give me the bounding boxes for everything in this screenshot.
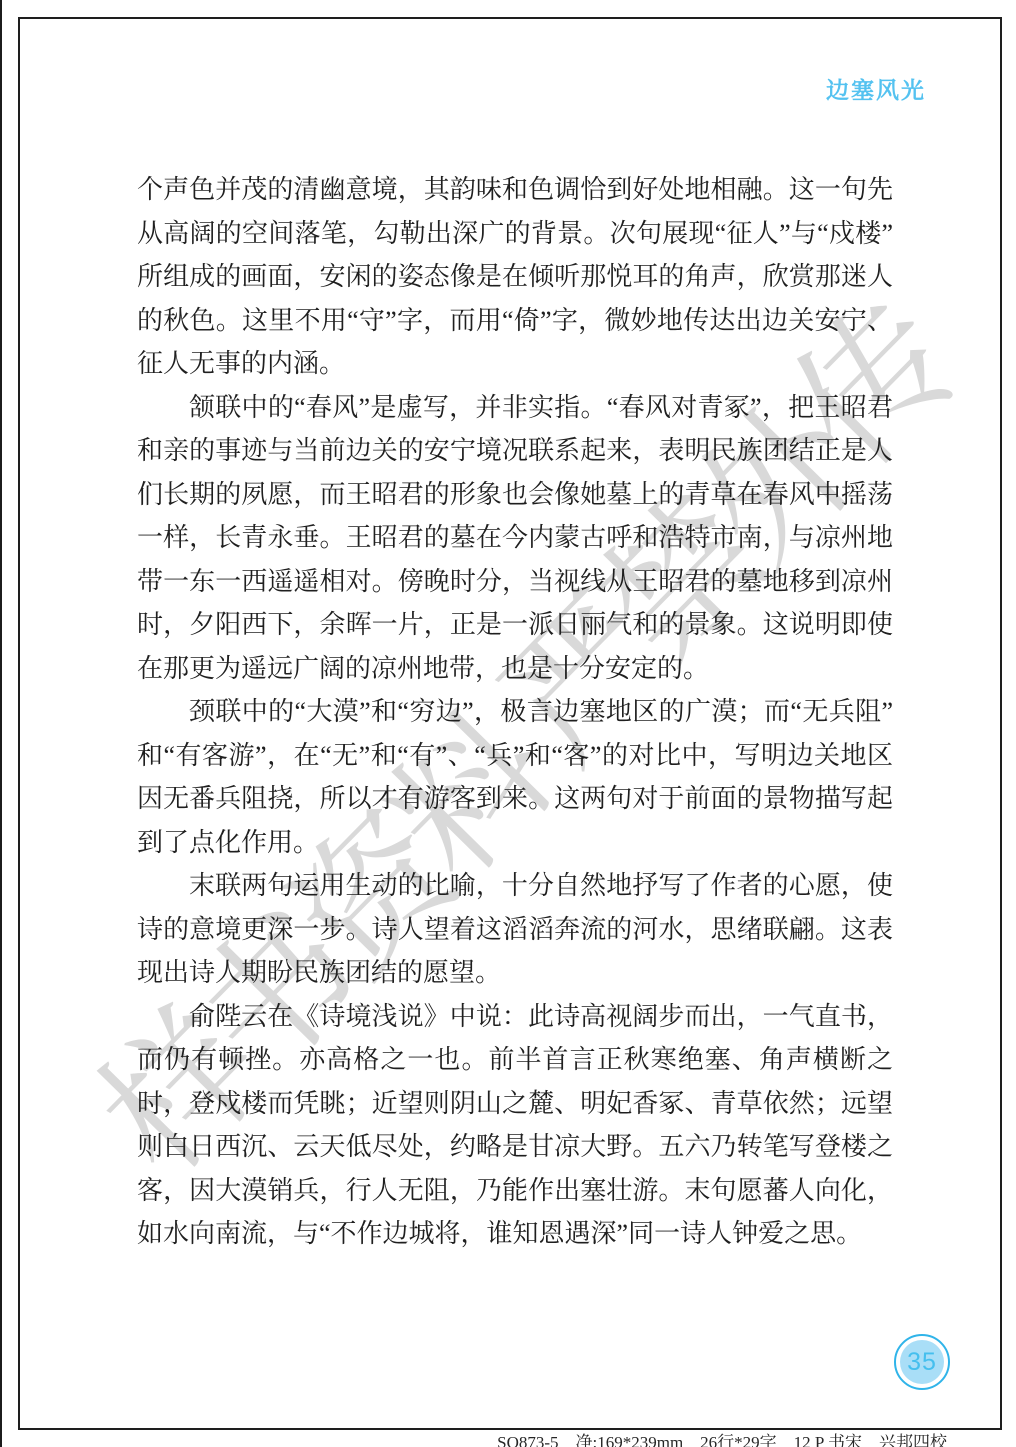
page-number: 35 [900,1340,944,1384]
paragraph-continuation: 个声色并茂的清幽意境，其韵味和色调恰到好处地相融。这一句先从高阔的空间落笔，勾勒… [137,168,893,386]
print-info-footer: SQ873-5 净:169*239mm 26行*29字 12 P 书宋 兴邦四校 [0,1428,947,1447]
page-edge-line [0,0,2,1447]
body-text-block: 个声色并茂的清幽意境，其韵味和色调恰到好处地相融。这一句先从高阔的空间落笔，勾勒… [137,168,893,1256]
running-head-title: 边塞风光 [826,72,1002,105]
paragraph: 颔联中的“春风”是虚写，并非实指。“春风对青冢”，把王昭君和亲的事迹与当前边关的… [137,386,893,691]
paragraph: 颈联中的“大漠”和“穷边”，极言边塞地区的广漠；而“无兵阻”和“有客游”，在“无… [137,690,893,864]
paragraph: 俞陛云在《诗境浅说》中说：此诗高视阔步而出，一气直书，而仍有顿挫。亦高格之一也。… [137,995,893,1256]
paragraph: 末联两句运用生动的比喻，十分自然地抒写了作者的心愿，使诗的意境更深一步。诗人望着… [137,864,893,995]
book-page: 样书资料 严禁外传 边塞风光 个声色并茂的清幽意境，其韵味和色调恰到好处地相融。… [0,0,1016,1447]
page-number-badge: 35 [894,1334,950,1390]
